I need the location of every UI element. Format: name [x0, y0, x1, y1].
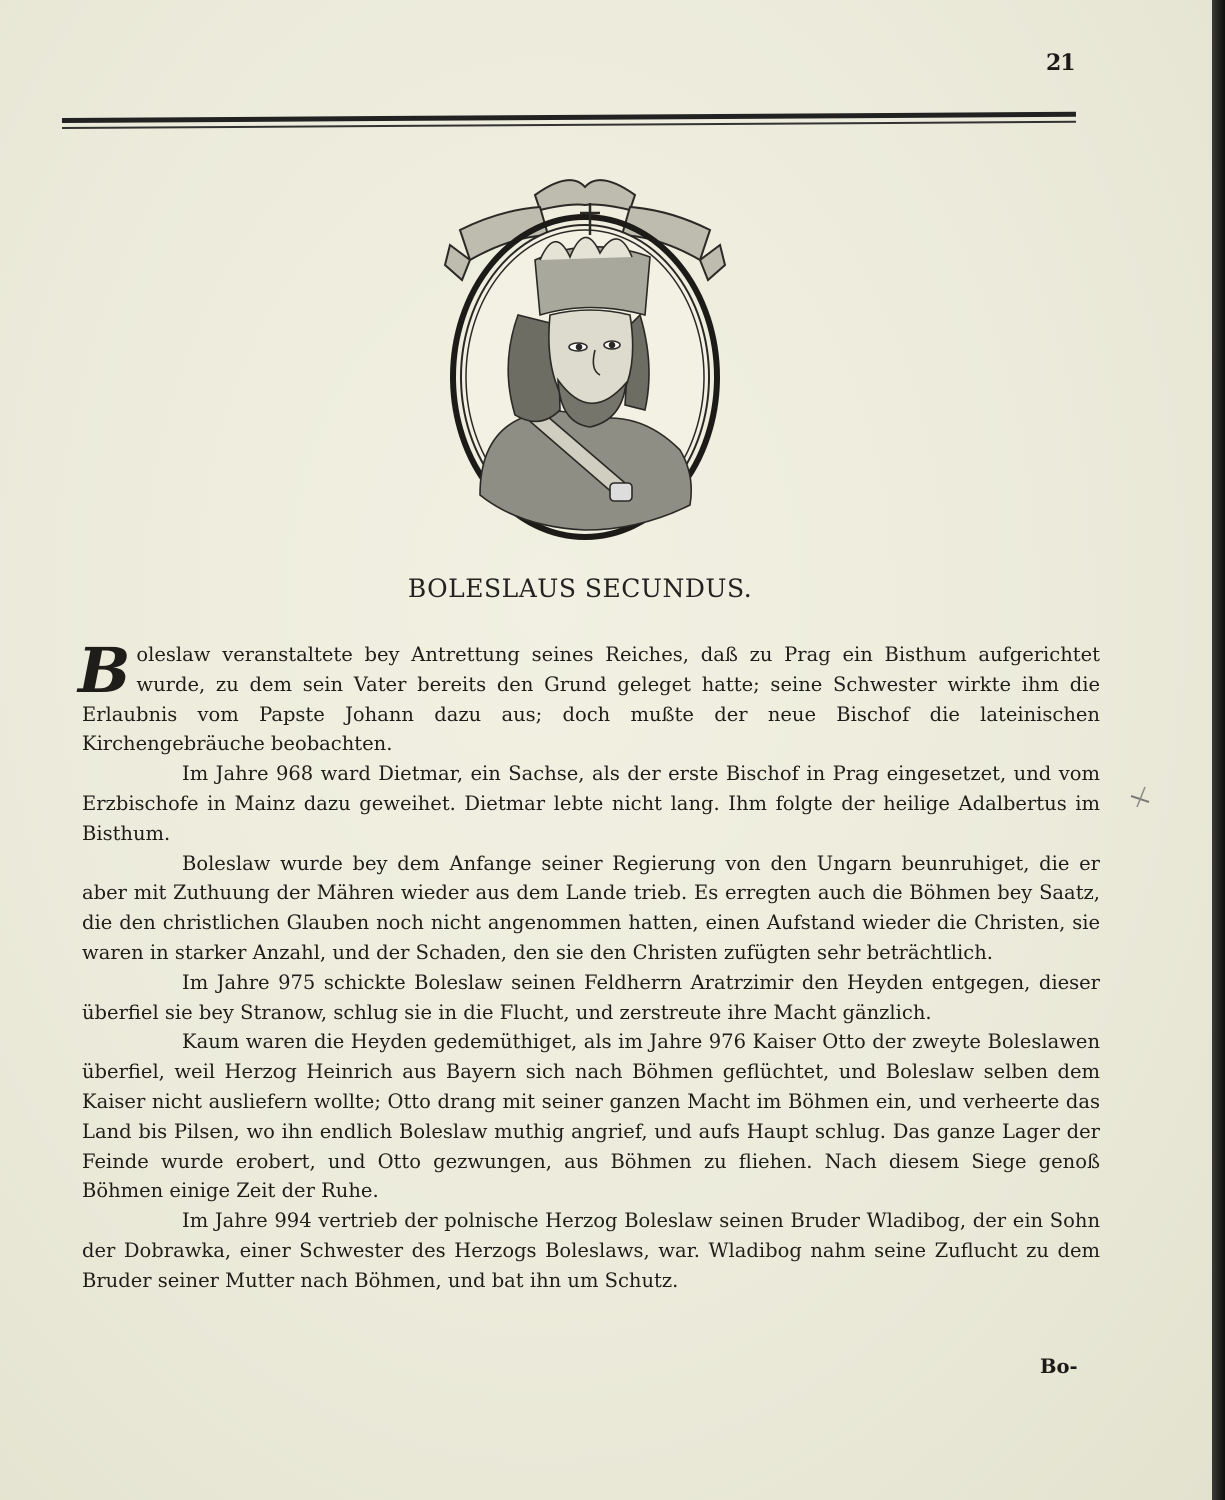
page-number: 21 — [1046, 50, 1075, 76]
pencil-cross-mark-icon — [1127, 784, 1153, 810]
header-rule — [62, 112, 1076, 131]
paragraph-6: Im Jahre 994 vertrieb der polnische Herz… — [82, 1206, 1100, 1295]
paragraph-5: Kaum waren die Heyden gedemüthiget, als … — [82, 1027, 1100, 1206]
book-page: 21 — [0, 0, 1212, 1500]
catchword: Bo- — [1040, 1355, 1078, 1378]
dropcap: B — [78, 644, 130, 698]
scan-edge — [1212, 0, 1225, 1500]
page-title: BOLESLAUS SECUNDUS. — [0, 574, 1160, 603]
body-text: Boleslaw veranstaltete bey Antrettung se… — [82, 640, 1100, 1296]
paragraph-4: Im Jahre 975 schickte Boleslaw seinen Fe… — [82, 968, 1100, 1028]
paragraph-2: Im Jahre 968 ward Dietmar, ein Sachse, a… — [82, 759, 1100, 848]
portrait-engraving — [440, 165, 730, 545]
paragraph-3: Boleslaw wurde bey dem Anfange seiner Re… — [82, 849, 1100, 968]
paragraph-1: Boleslaw veranstaltete bey Antrettung se… — [82, 640, 1100, 759]
